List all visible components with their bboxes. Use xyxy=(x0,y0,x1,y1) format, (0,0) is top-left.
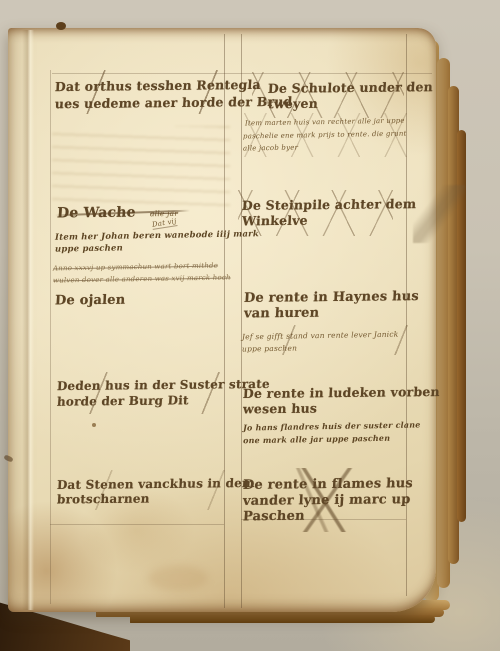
entry-line: uppe paschen xyxy=(55,243,123,254)
section-heading: Dat orthus tesshen Rentegla xyxy=(54,77,261,94)
section-heading: vander lyne ij marc up xyxy=(242,492,410,509)
section-heading: Deden hus in der Suster strate xyxy=(57,377,271,393)
ruled-line-column-divider-left xyxy=(224,34,225,608)
ink-blemish xyxy=(56,22,66,30)
ruled-line-right-margin xyxy=(406,34,407,596)
section-heading: ues uedeme aner horde der Brud xyxy=(54,94,293,111)
section-heading: Dat Stenen vanckhus in dem xyxy=(57,476,256,492)
section-heading: De Schulote under den xyxy=(267,79,433,96)
section-heading: wesen hus xyxy=(243,401,318,417)
stain xyxy=(148,565,208,591)
page-edge-strip xyxy=(457,130,466,522)
section-heading: horde der Burg Dit xyxy=(57,393,190,408)
section-heading: Paschen xyxy=(243,509,306,525)
section-heading: brotscharnen xyxy=(57,492,151,507)
section-heading: De ojalen xyxy=(55,293,126,309)
foxing-spot xyxy=(92,423,96,427)
section-heading: Winkelve xyxy=(242,213,309,229)
struck-entry-line: uppe paschen xyxy=(242,344,297,354)
page-edge-strip xyxy=(130,615,435,623)
section-heading: van huren xyxy=(244,306,320,322)
section-heading: tweyen xyxy=(268,96,319,112)
section-heading: De rente in ludeken vorben xyxy=(242,384,440,401)
manuscript-photo: Dat orthus tesshen Rentegla ues uedeme a… xyxy=(0,0,500,651)
section-heading: De rente in flames hus xyxy=(242,476,413,493)
ruled-line-top xyxy=(52,73,432,74)
section-heading: De rente in Haynes hus xyxy=(243,289,419,306)
section-heading: De Wache xyxy=(56,205,136,222)
section-heading: De Steinpile achter dem xyxy=(241,196,416,213)
ruled-line-bottom-left xyxy=(50,524,224,525)
entry-line: alle jacob byer xyxy=(243,144,298,153)
gutter-crease xyxy=(22,30,34,610)
